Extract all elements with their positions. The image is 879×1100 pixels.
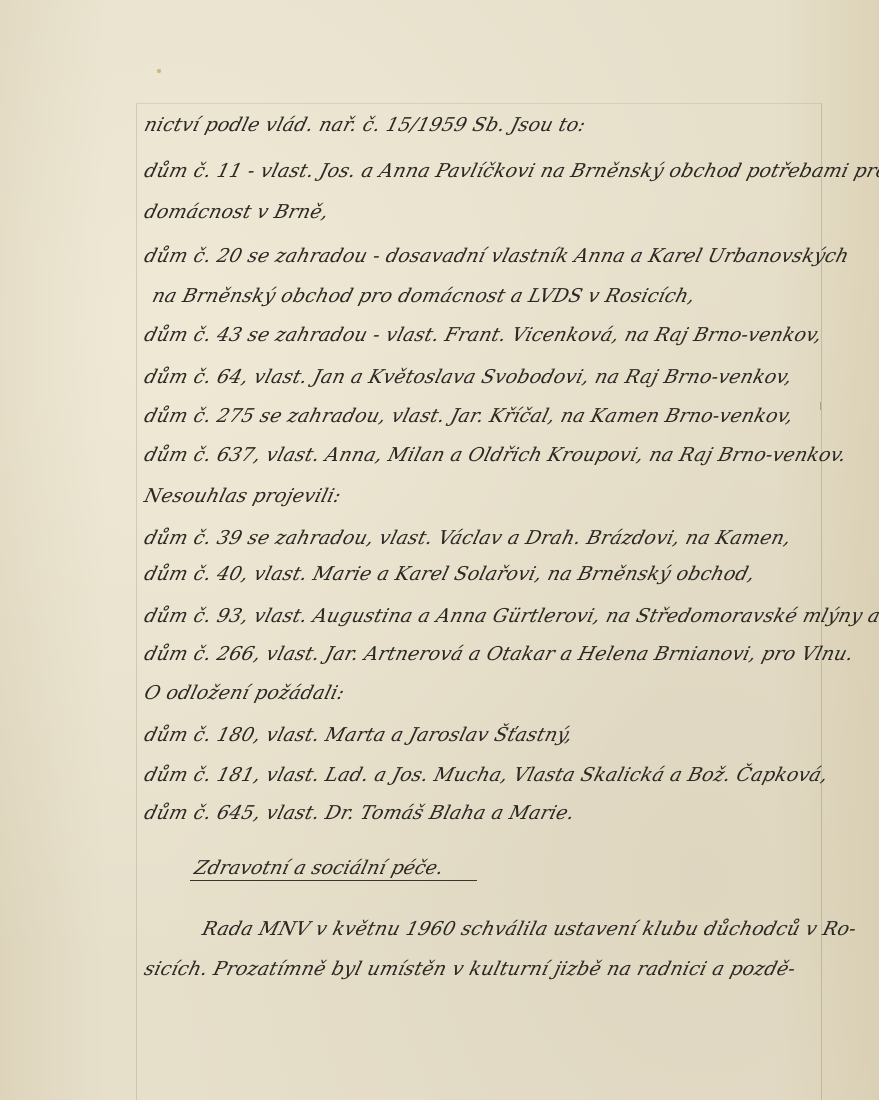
- paragraph-line: sicích. Prozatímně byl umístěn v kulturn…: [142, 958, 798, 980]
- text-line: dům č. 39 se zahradou, vlast. Václav a D…: [142, 527, 793, 549]
- text-line: dům č. 637, vlast. Anna, Milan a Oldřich…: [142, 444, 849, 466]
- text-line: dům č. 93, vlast. Augustina a Anna Gürtl…: [142, 605, 879, 627]
- text-line: dům č. 11 - vlast. Jos. a Anna Pavlíčkov…: [142, 160, 879, 182]
- text-line: dům č. 64, vlast. Jan a Květoslava Svobo…: [142, 366, 794, 388]
- text-line: dům č. 40, vlast. Marie a Karel Solařovi…: [142, 563, 757, 585]
- text-line: dům č. 20 se zahradou - dosavadní vlastn…: [142, 245, 851, 267]
- paragraph-line: Rada MNV v květnu 1960 schválila ustaven…: [200, 918, 859, 940]
- subheading-line: Nesouhlas projevili:: [142, 485, 343, 507]
- text-line: dům č. 645, vlast. Dr. Tomáš Blaha a Mar…: [142, 802, 577, 824]
- text-line: dům č. 181, vlast. Lad. a Jos. Mucha, Vl…: [142, 764, 830, 786]
- section-heading: Zdravotní a sociální péče.: [192, 857, 446, 879]
- margin-mark: [820, 402, 821, 410]
- paper-speck: [157, 69, 161, 73]
- heading-underline: [190, 880, 477, 881]
- text-line: na Brněnský obchod pro domácnost a LVDS …: [150, 285, 697, 307]
- text-line: dům č. 266, vlast. Jar. Artnerová a Otak…: [142, 643, 856, 665]
- text-line: dům č. 180, vlast. Marta a Jaroslav Šťas…: [142, 724, 575, 746]
- subheading-line: O odložení požádali:: [142, 682, 347, 704]
- text-line: dům č. 275 se zahradou, vlast. Jar. Kříč…: [142, 405, 796, 427]
- text-line: nictví podle vlád. nař. č. 15/1959 Sb. J…: [142, 114, 588, 136]
- text-line: domácnost v Brně,: [142, 201, 331, 223]
- text-line: dům č. 43 se zahradou - vlast. Frant. Vi…: [142, 324, 824, 346]
